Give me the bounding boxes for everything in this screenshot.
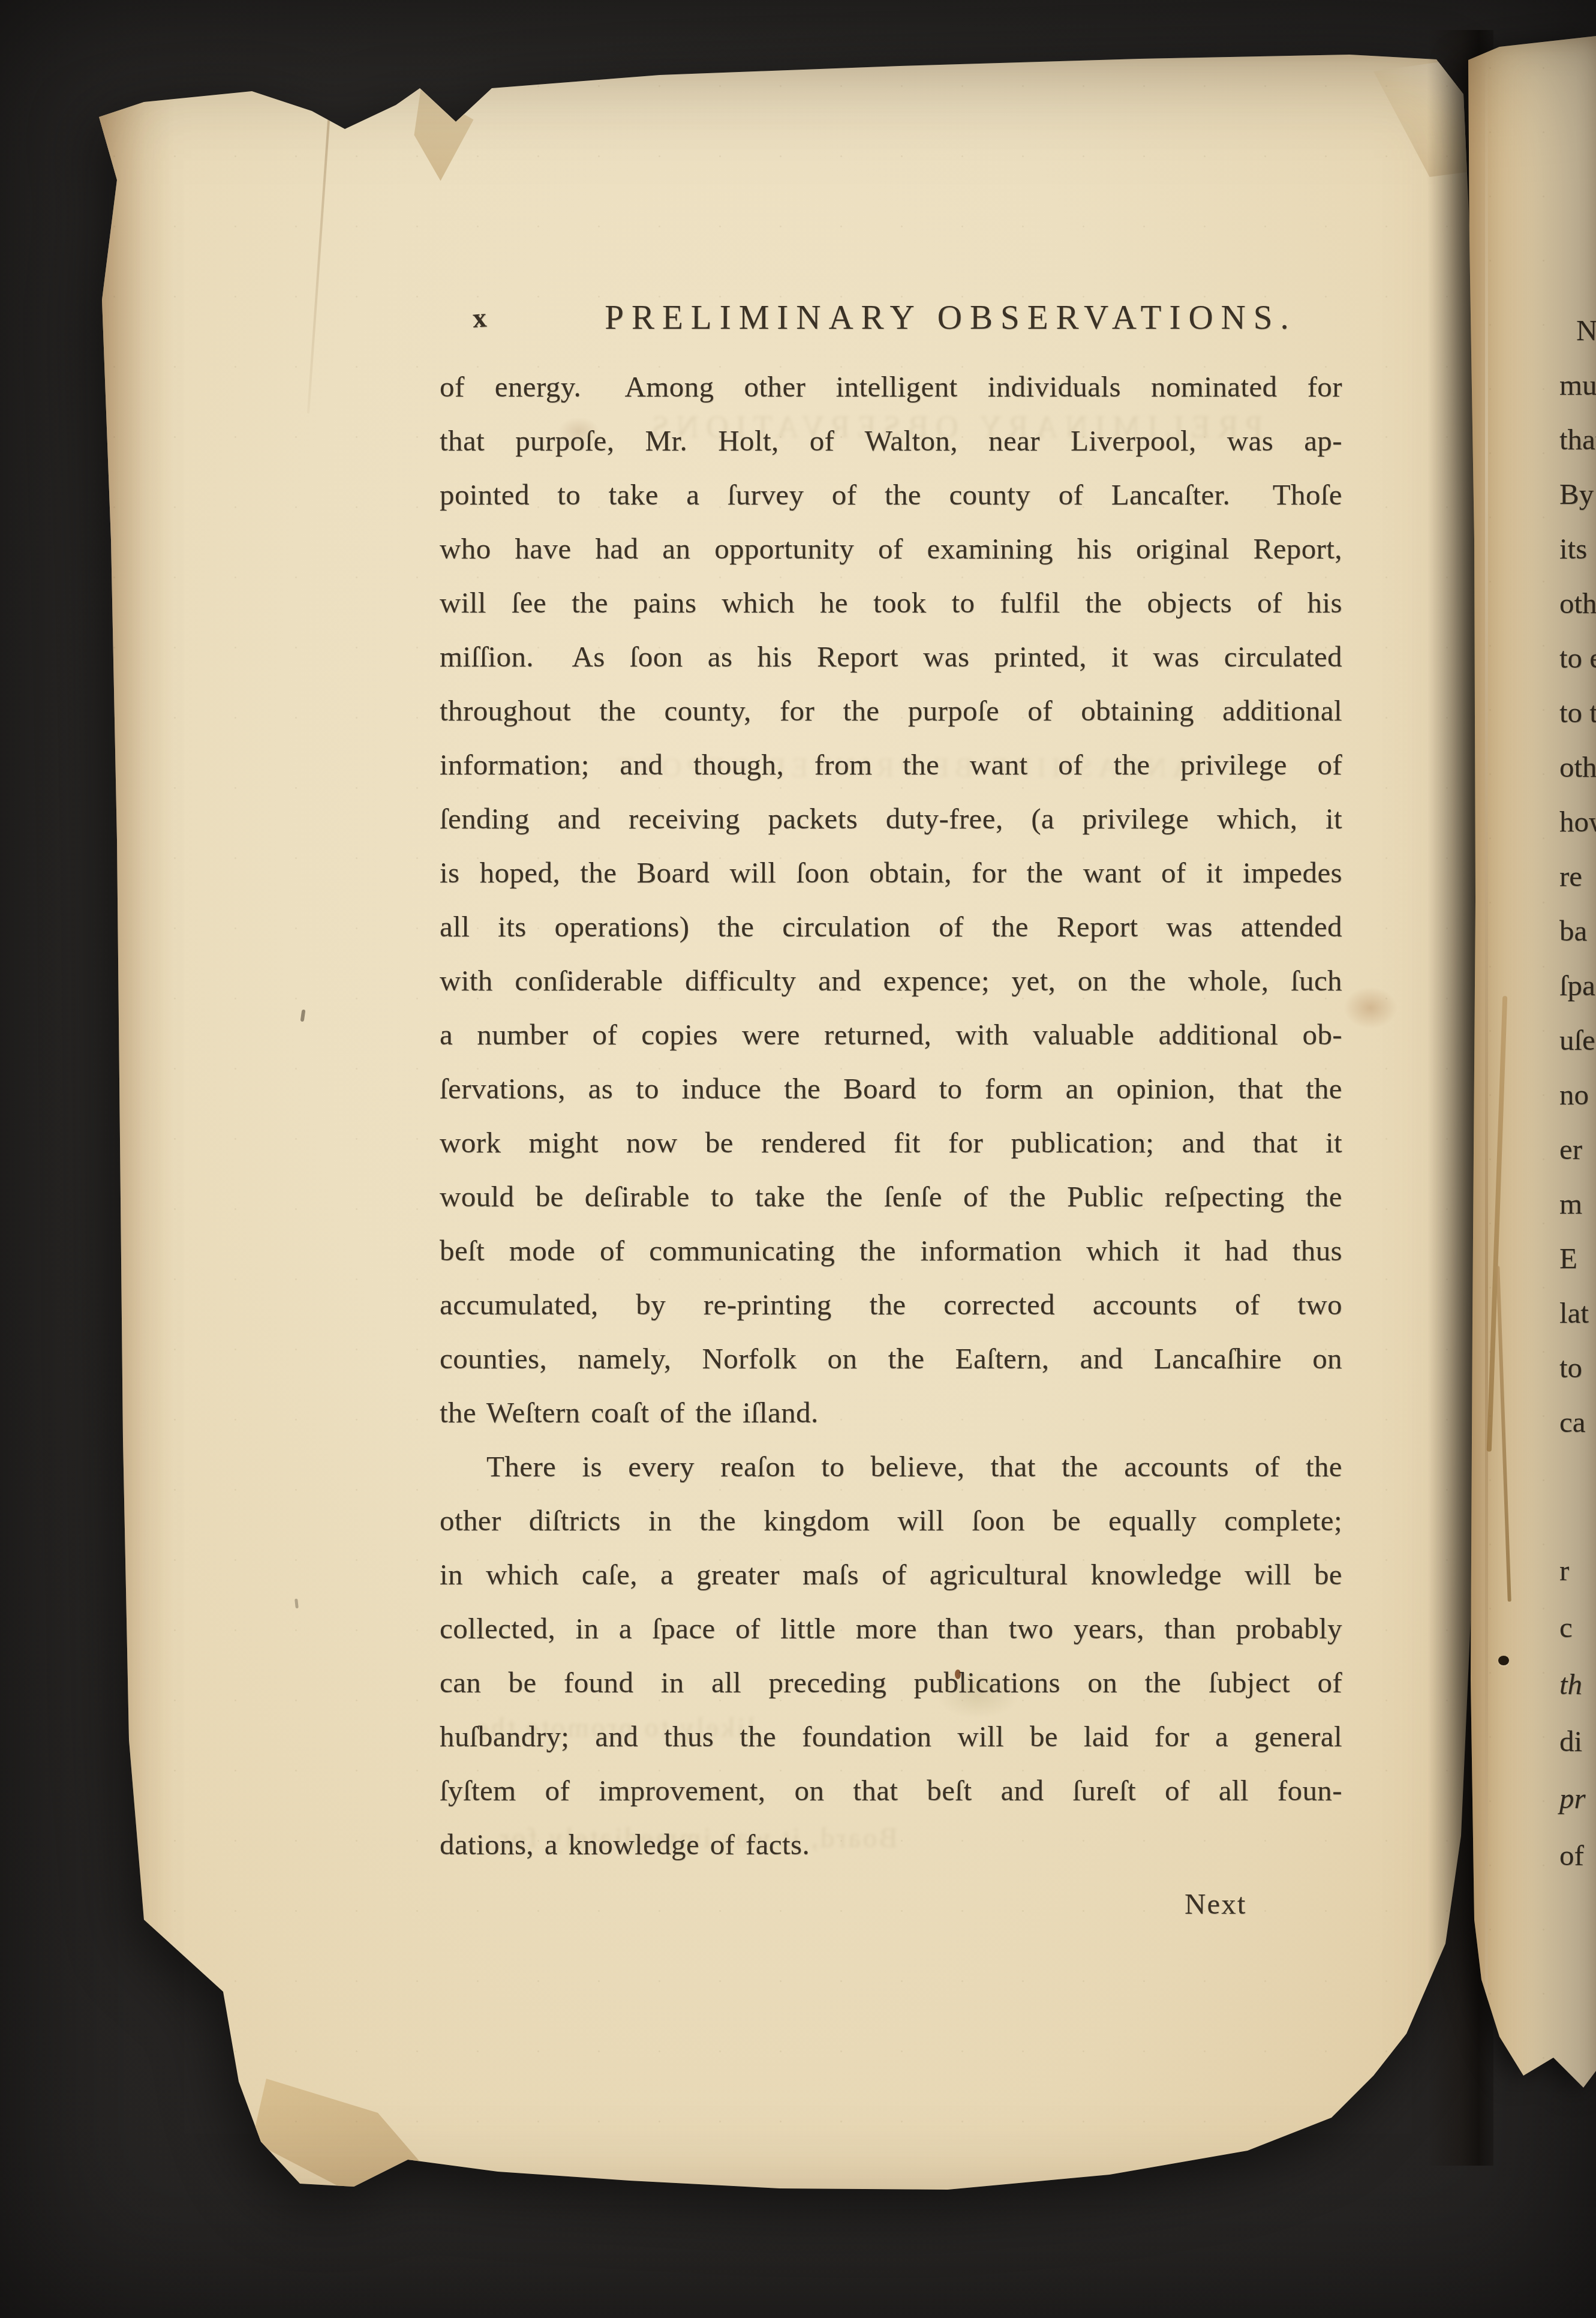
text-line: a number of copies were returned, with v… [440,1008,1342,1062]
text-line: dations, a knowledge of facts. [440,1818,1342,1872]
text-fragment: c [1559,1599,1596,1656]
text-fragment: lat [1559,1286,1596,1340]
page-number: x [471,301,488,334]
body-text: of energy. Among other intelligent indiv… [440,360,1342,1872]
paper-crease [307,102,331,413]
text-fragment: er [1559,1122,1596,1176]
text-line: in which caſe, a greater maſs of agricul… [440,1548,1342,1602]
text-fragment: othe [1559,740,1596,794]
binding-thread [1496,1266,1511,1602]
text-line: work might now be rendered fit for publi… [440,1116,1342,1170]
paragraph: of energy. Among other intelligent indiv… [440,360,1342,1440]
text-line: ſyſtem of improvement, on that beſt and … [440,1764,1342,1818]
text-fragment: m [1559,1176,1596,1231]
scan-background: PRELIMINARY OBSERVATIONS LANCASHIRE BE P… [0,0,1596,2318]
text-line: would be deſirable to take the ſenſe of … [440,1170,1342,1224]
text-line: the Weſtern coaſt of the iſland. [440,1386,1342,1440]
text-line: is hoped, the Board will ſoon obtain, fo… [440,846,1342,900]
text-line: ſervations, as to induce the Board to fo… [440,1062,1342,1116]
text-line: with conſiderable difficulty and expence… [440,954,1342,1008]
text-fragment: to [1559,1340,1596,1395]
text-line: beſt mode of communicating the informati… [440,1224,1342,1278]
text-line: throughout the county, for the purpoſe o… [440,684,1342,738]
text-line: pointed to take a ſurvey of the county o… [440,468,1342,522]
foxing-stain [1343,987,1397,1029]
text-fragment: ca [1559,1395,1596,1449]
text-line: who have had an opportunity of examining… [440,522,1342,576]
text-line: information; and though, from the want o… [440,738,1342,792]
text-line: will ſee the pains which he took to fulf… [440,576,1342,630]
text-line: can be found in all preceding publicatio… [440,1656,1342,1710]
book-page: PRELIMINARY OBSERVATIONS LANCASHIRE BE P… [84,51,1481,2205]
text-fragment: N [1559,303,1596,358]
text-line: miſſion. As ſoon as his Report was print… [440,630,1342,684]
text-fragment: ba [1559,903,1596,958]
text-fragment: how [1559,794,1596,849]
text-fragment: no [1559,1067,1596,1122]
text-fragment: uſe [1559,1013,1596,1067]
text-fragment: E [1559,1231,1596,1286]
paper-crease [1485,36,1488,2124]
text-fragment: its [1559,521,1596,576]
paragraph: There is every reaſon to believe, that t… [440,1440,1342,1872]
margin-mark [294,1599,299,1608]
worm-hole [1498,1656,1509,1665]
text-fragment: re [1559,849,1596,903]
bottom-left-fold [252,2079,432,2193]
running-header-title: PRELIMINARY OBSERVATIONS. [558,298,1343,337]
margin-mark [300,1010,306,1022]
text-fragment: to th [1559,685,1596,740]
text-fragment: th [1559,1656,1596,1713]
text-line: There is every reaſon to believe, that t… [440,1440,1342,1494]
text-line: counties, namely, Norfolk on the Eaſtern… [440,1332,1342,1386]
text-fragment: muſt [1559,358,1596,412]
text-fragment: that [1559,412,1596,467]
torn-flap [411,84,477,186]
text-line: that purpoſe, Mr. Holt, of Walton, near … [440,414,1342,468]
text-line: collected, in a ſpace of little more tha… [440,1602,1342,1656]
text-fragment: By [1559,467,1596,521]
text-fragment: pr [1559,1770,1596,1827]
text-fragment: ſpa [1559,958,1596,1013]
text-fragment: of [1559,1827,1596,1884]
text-fragment: r [1559,1542,1596,1599]
binding-thread [1487,996,1508,1452]
text-line: ſending and receiving packets duty-free,… [440,792,1342,846]
next-page-paper: NmuſtthatByitsotheto exto thothehowrebaſ… [1463,36,1596,2124]
text-line: all its operations) the circulation of t… [440,900,1342,954]
next-page-text-fragments: NmuſtthatByitsotheto exto thothehowrebaſ… [1559,303,1596,1449]
text-line: accumulated, by re-printing the correcte… [440,1278,1342,1332]
next-page-edge: NmuſtthatByitsotheto exto thothehowrebaſ… [1463,36,1596,2124]
text-line: huſbandry; and thus the foundation will … [440,1710,1342,1764]
book-page-paper: PRELIMINARY OBSERVATIONS LANCASHIRE BE P… [84,51,1481,2205]
next-page-text-fragments: rcthdiprof [1559,1542,1596,1884]
catchword-next: Next [1185,1887,1246,1921]
text-fragment: to ex [1559,630,1596,685]
text-fragment: di [1559,1713,1596,1770]
text-line: of energy. Among other intelligent indiv… [440,360,1342,414]
text-line: other diſtricts in the kingdom will ſoon… [440,1494,1342,1548]
text-fragment: othe [1559,576,1596,630]
